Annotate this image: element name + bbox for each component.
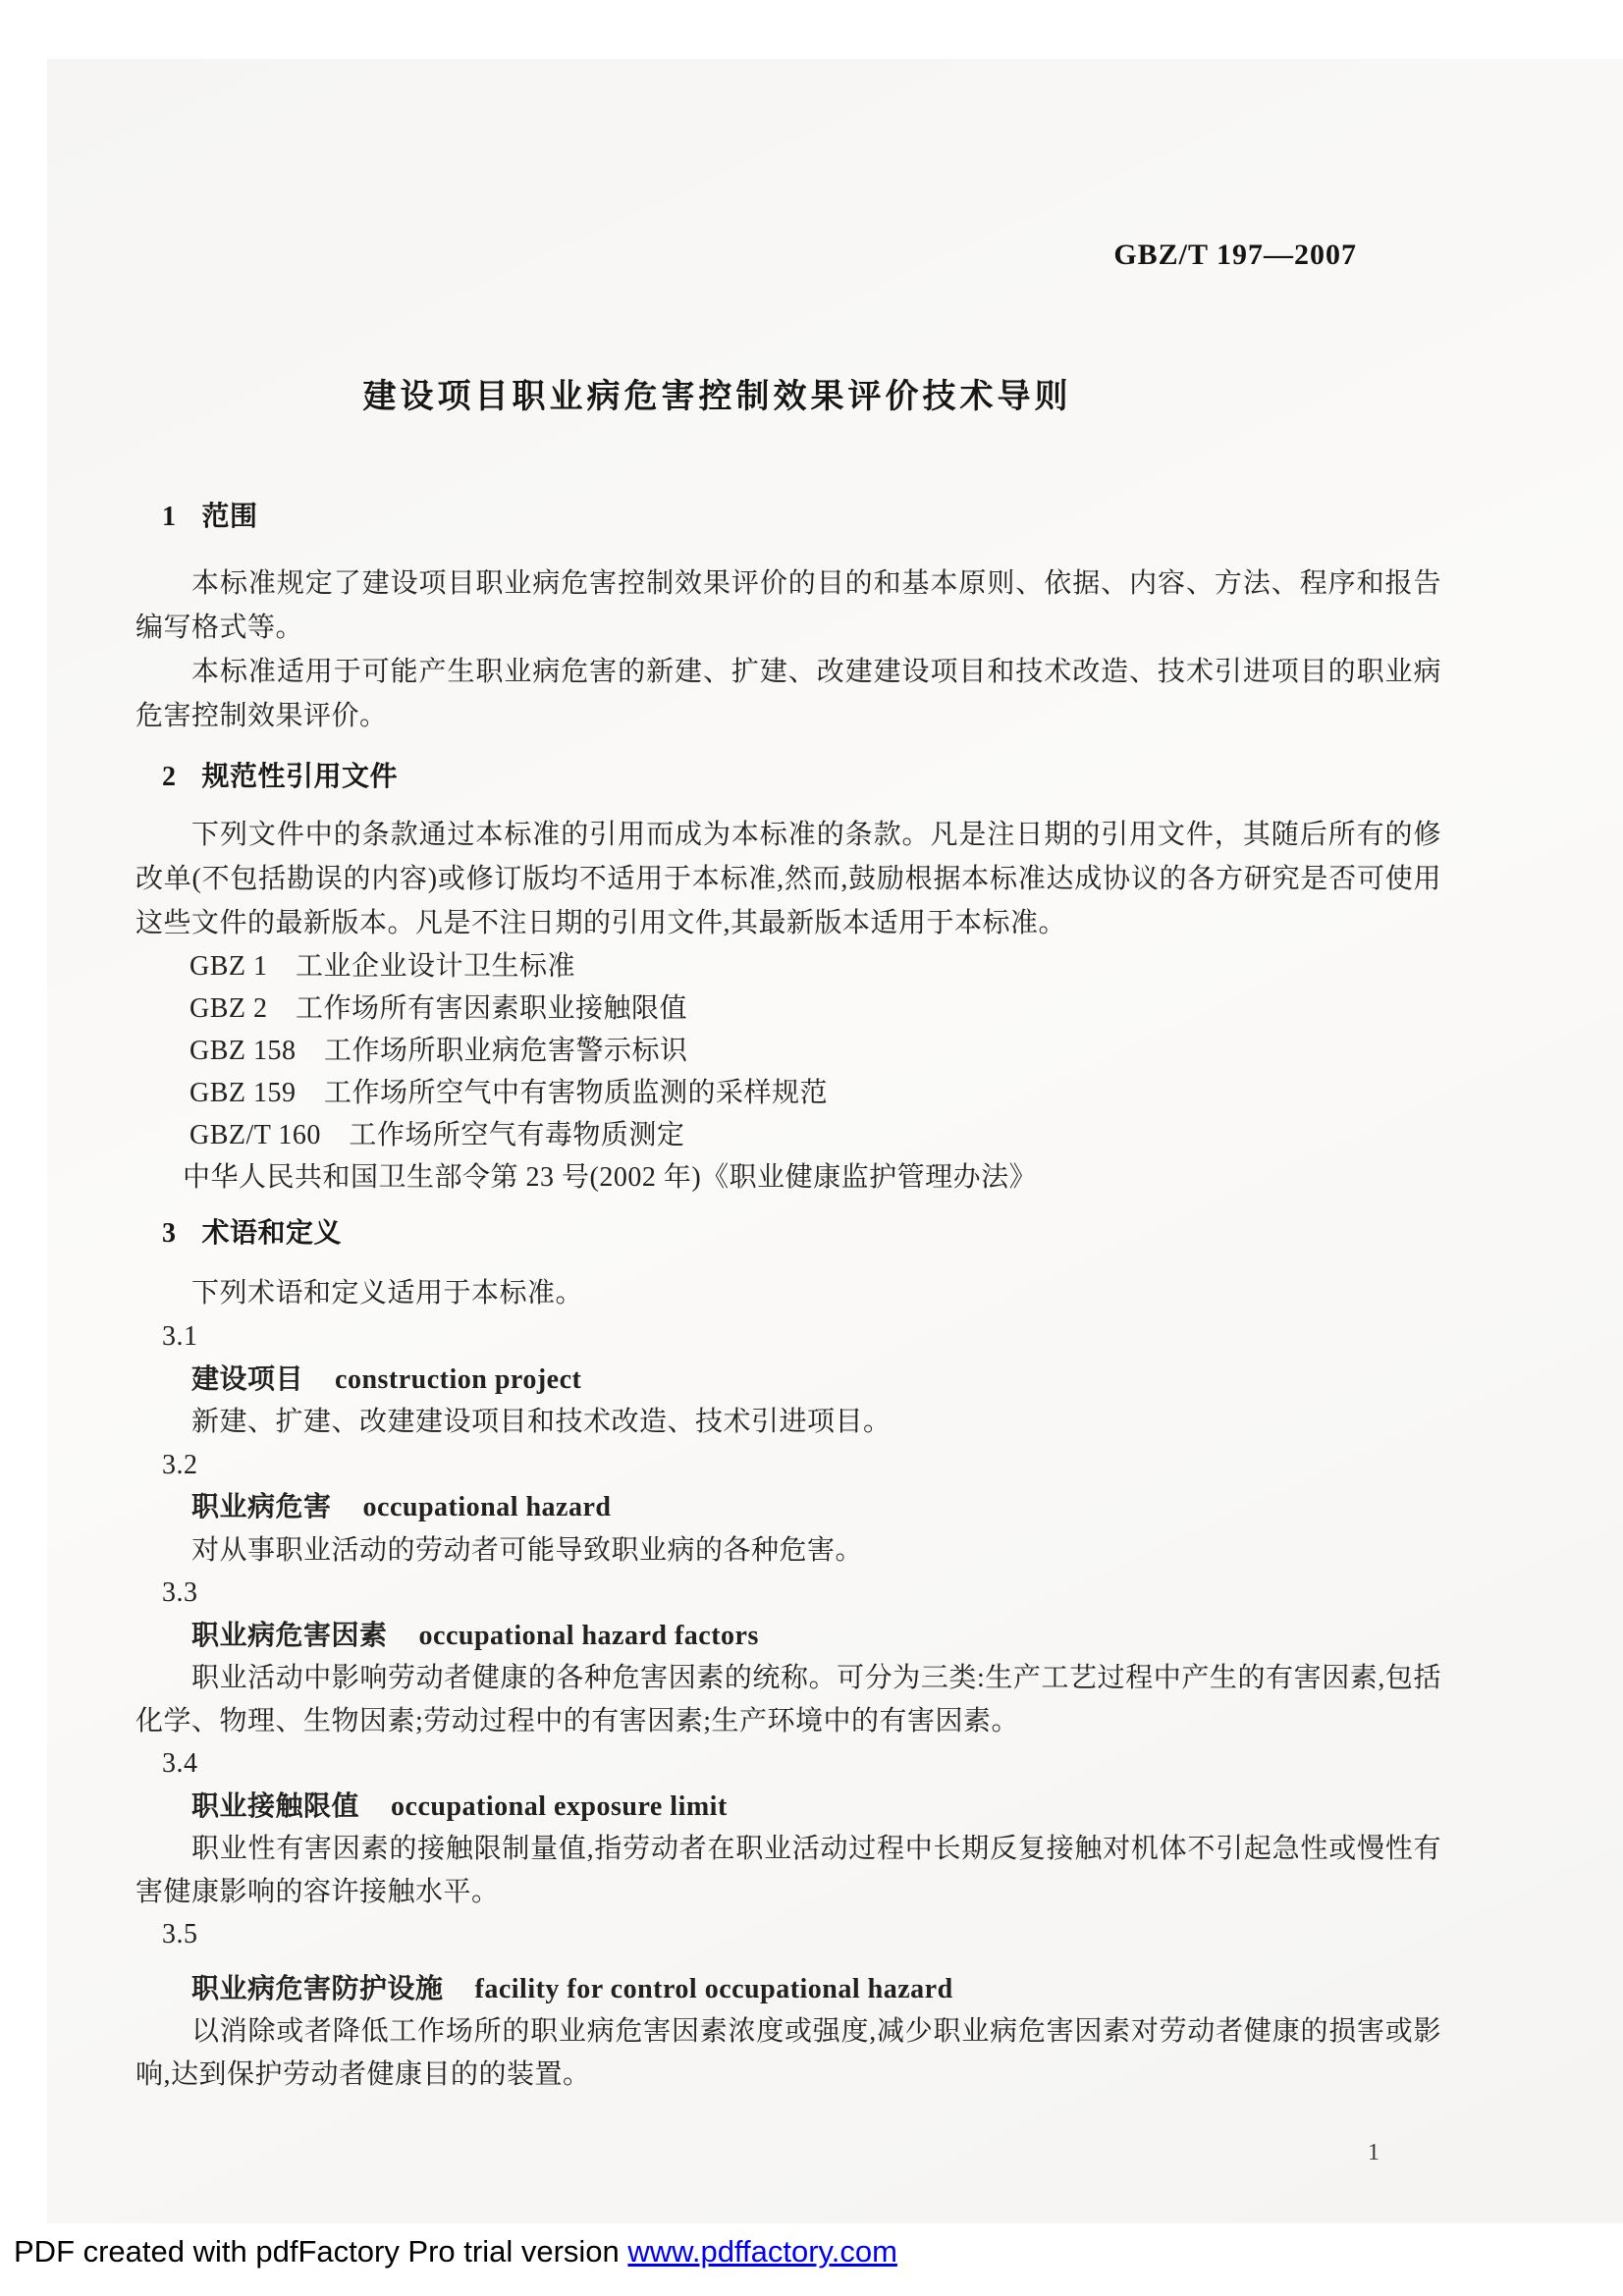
section-3-intro: 下列术语和定义适用于本标准。 bbox=[135, 1271, 1441, 1315]
section-1-heading: 1范围 bbox=[135, 496, 1441, 539]
section-3-title: 术语和定义 bbox=[202, 1218, 343, 1249]
terms-and-definitions: 3.1 建设项目construction project 新建、扩建、改建建设项… bbox=[135, 1315, 1441, 2096]
term-name: 职业病危害防护设施facility for control occupation… bbox=[135, 1968, 1441, 2011]
reference-item: GBZ 159 工作场所空气中有害物质监测的采样规范 bbox=[135, 1072, 1441, 1114]
term-name-en: occupational hazard factors bbox=[419, 1621, 759, 1651]
term-name: 建设项目construction project bbox=[135, 1359, 1441, 1402]
reference-item: GBZ 2 工作场所有害因素职业接触限值 bbox=[135, 988, 1441, 1030]
reference-item: GBZ 1 工业企业设计卫生标准 bbox=[135, 945, 1441, 988]
term-number: 3.3 bbox=[135, 1572, 1441, 1615]
page-number: 1 bbox=[1368, 2140, 1380, 2166]
section-2-heading: 2规范性引用文件 bbox=[135, 756, 1441, 799]
term-name-zh: 职业病危害防护设施 bbox=[191, 1974, 444, 2004]
term-definition: 职业活动中影响劳动者健康的各种危害因素的统称。可分为三类:生产工艺过程中产生的有… bbox=[135, 1657, 1441, 1742]
pdffactory-link[interactable]: www.pdffactory.com bbox=[627, 2234, 897, 2269]
section-2-number: 2 bbox=[162, 762, 177, 792]
section-3-number: 3 bbox=[162, 1218, 177, 1249]
section-3-heading: 3术语和定义 bbox=[135, 1212, 1441, 1255]
document-body: 1范围 本标准规定了建设项目职业病危害控制效果评价的目的和基本原则、依据、内容、… bbox=[135, 496, 1441, 2096]
standard-number: GBZ/T 197—2007 bbox=[1113, 239, 1357, 272]
term-name: 职业接触限值occupational exposure limit bbox=[135, 1786, 1441, 1829]
normative-references-list: GBZ 1 工业企业设计卫生标准 GBZ 2 工作场所有害因素职业接触限值 GB… bbox=[135, 945, 1441, 1199]
term-number: 3.2 bbox=[135, 1444, 1441, 1487]
term-name-en: construction project bbox=[335, 1364, 581, 1395]
term-name-zh: 职业病危害 bbox=[191, 1492, 332, 1522]
document-title: 建设项目职业病危害控制效果评价技术导则 bbox=[135, 369, 1299, 417]
term-definition: 对从事职业活动的劳动者可能导致职业病的各种危害。 bbox=[135, 1529, 1441, 1573]
reference-item: GBZ/T 160 工作场所空气有毒物质测定 bbox=[135, 1114, 1441, 1156]
reference-item: GBZ 158 工作场所职业病危害警示标识 bbox=[135, 1030, 1441, 1072]
section-1-number: 1 bbox=[162, 502, 177, 532]
term-name-zh: 职业接触限值 bbox=[191, 1791, 359, 1822]
section-1-paragraph-2: 本标准适用于可能产生职业病危害的新建、扩建、改建建设项目和技术改造、技术引进项目… bbox=[135, 650, 1441, 738]
section-1-title: 范围 bbox=[202, 502, 258, 532]
term-definition: 新建、扩建、改建建设项目和技术改造、技术引进项目。 bbox=[135, 1401, 1441, 1444]
term-name: 职业病危害因素occupational hazard factors bbox=[135, 1615, 1441, 1658]
pdf-watermark: PDF created with pdfFactory Pro trial ve… bbox=[14, 2234, 897, 2269]
term-name-zh: 职业病危害因素 bbox=[191, 1621, 388, 1651]
section-2-title: 规范性引用文件 bbox=[202, 762, 399, 792]
section-1-paragraph-1: 本标准规定了建设项目职业病危害控制效果评价的目的和基本原则、依据、内容、方法、程… bbox=[135, 561, 1441, 650]
term-definition: 职业性有害因素的接触限制量值,指劳动者在职业活动过程中长期反复接触对机体不引起急… bbox=[135, 1828, 1441, 1913]
section-2-intro: 下列文件中的条款通过本标准的引用而成为本标准的条款。凡是注日期的引用文件，其随后… bbox=[135, 813, 1441, 945]
pdf-watermark-text: PDF created with pdfFactory Pro trial ve… bbox=[14, 2234, 627, 2269]
term-definition: 以消除或者降低工作场所的职业病危害因素浓度或强度,减少职业病危害因素对劳动者健康… bbox=[135, 2010, 1441, 2096]
term-name-en: occupational exposure limit bbox=[391, 1791, 728, 1822]
reference-item: 中华人民共和国卫生部令第 23 号(2002 年)《职业健康监护管理办法》 bbox=[135, 1156, 1441, 1199]
term-number: 3.1 bbox=[135, 1315, 1441, 1359]
term-number: 3.5 bbox=[135, 1913, 1441, 1956]
term-name-en: facility for control occupational hazard bbox=[475, 1974, 953, 2004]
term-name-en: occupational hazard bbox=[363, 1492, 612, 1522]
term-name: 职业病危害occupational hazard bbox=[135, 1486, 1441, 1529]
term-number: 3.4 bbox=[135, 1742, 1441, 1786]
term-name-zh: 建设项目 bbox=[191, 1364, 303, 1395]
